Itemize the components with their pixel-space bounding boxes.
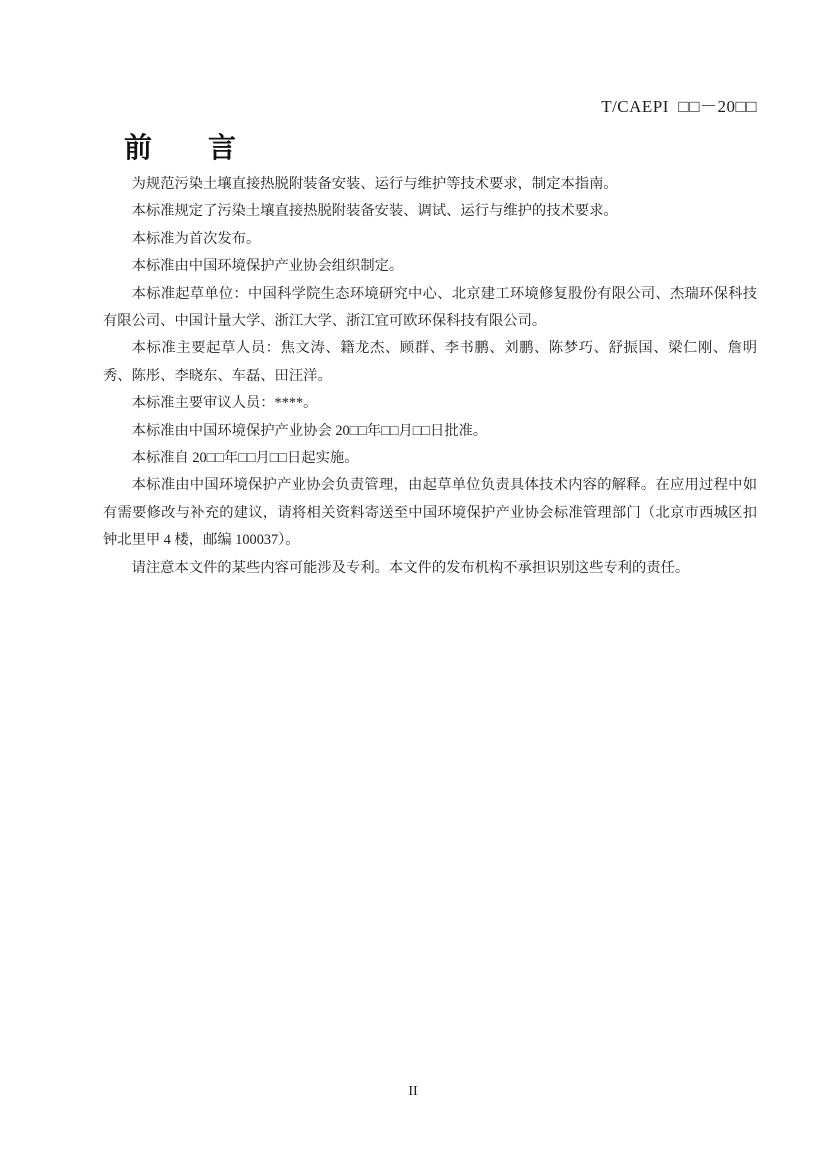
paragraph-effective-date: 本标准自 20□□年□□月□□日起实施。 [103, 445, 757, 472]
paragraph-management: 本标准由中国环境保护产业协会负责管理，由起草单位负责具体技术内容的解释。在应用过… [103, 472, 757, 554]
paragraph-first-release: 本标准为首次发布。 [103, 226, 757, 253]
paragraph-drafters: 本标准主要起草人员：焦文涛、籍龙杰、顾群、李书鹏、刘鹏、陈梦巧、舒振国、梁仁刚、… [103, 335, 757, 390]
document-body: 为规范污染土壤直接热脱附装备安装、运行与维护等技术要求，制定本指南。 本标准规定… [103, 171, 757, 582]
standard-code-header: T/CAEPI □□－20□□ [601, 92, 757, 117]
paragraph-reviewers: 本标准主要审议人员：****。 [103, 390, 757, 417]
paragraph-approval-date: 本标准由中国环境保护产业协会 20□□年□□月□□日批准。 [103, 418, 757, 445]
paragraph-organizer: 本标准由中国环境保护产业协会组织制定。 [103, 253, 757, 280]
paragraph-purpose: 为规范污染土壤直接热脱附装备安装、运行与维护等技术要求，制定本指南。 [103, 171, 757, 198]
paragraph-scope: 本标准规定了污染土壤直接热脱附装备安装、调试、运行与维护的技术要求。 [103, 198, 757, 225]
page-title: 前 言 [124, 133, 236, 164]
paragraph-drafting-units: 本标准起草单位：中国科学院生态环境研究中心、北京建工环境修复股份有限公司、杰瑞环… [103, 281, 757, 336]
page-number: II [0, 1084, 826, 1100]
document-page: T/CAEPI □□－20□□ 前 言 为规范污染土壤直接热脱附装备安装、运行与… [0, 0, 826, 1169]
paragraph-patent-notice: 请注意本文件的某些内容可能涉及专利。本文件的发布机构不承担识别这些专利的责任。 [103, 555, 757, 582]
